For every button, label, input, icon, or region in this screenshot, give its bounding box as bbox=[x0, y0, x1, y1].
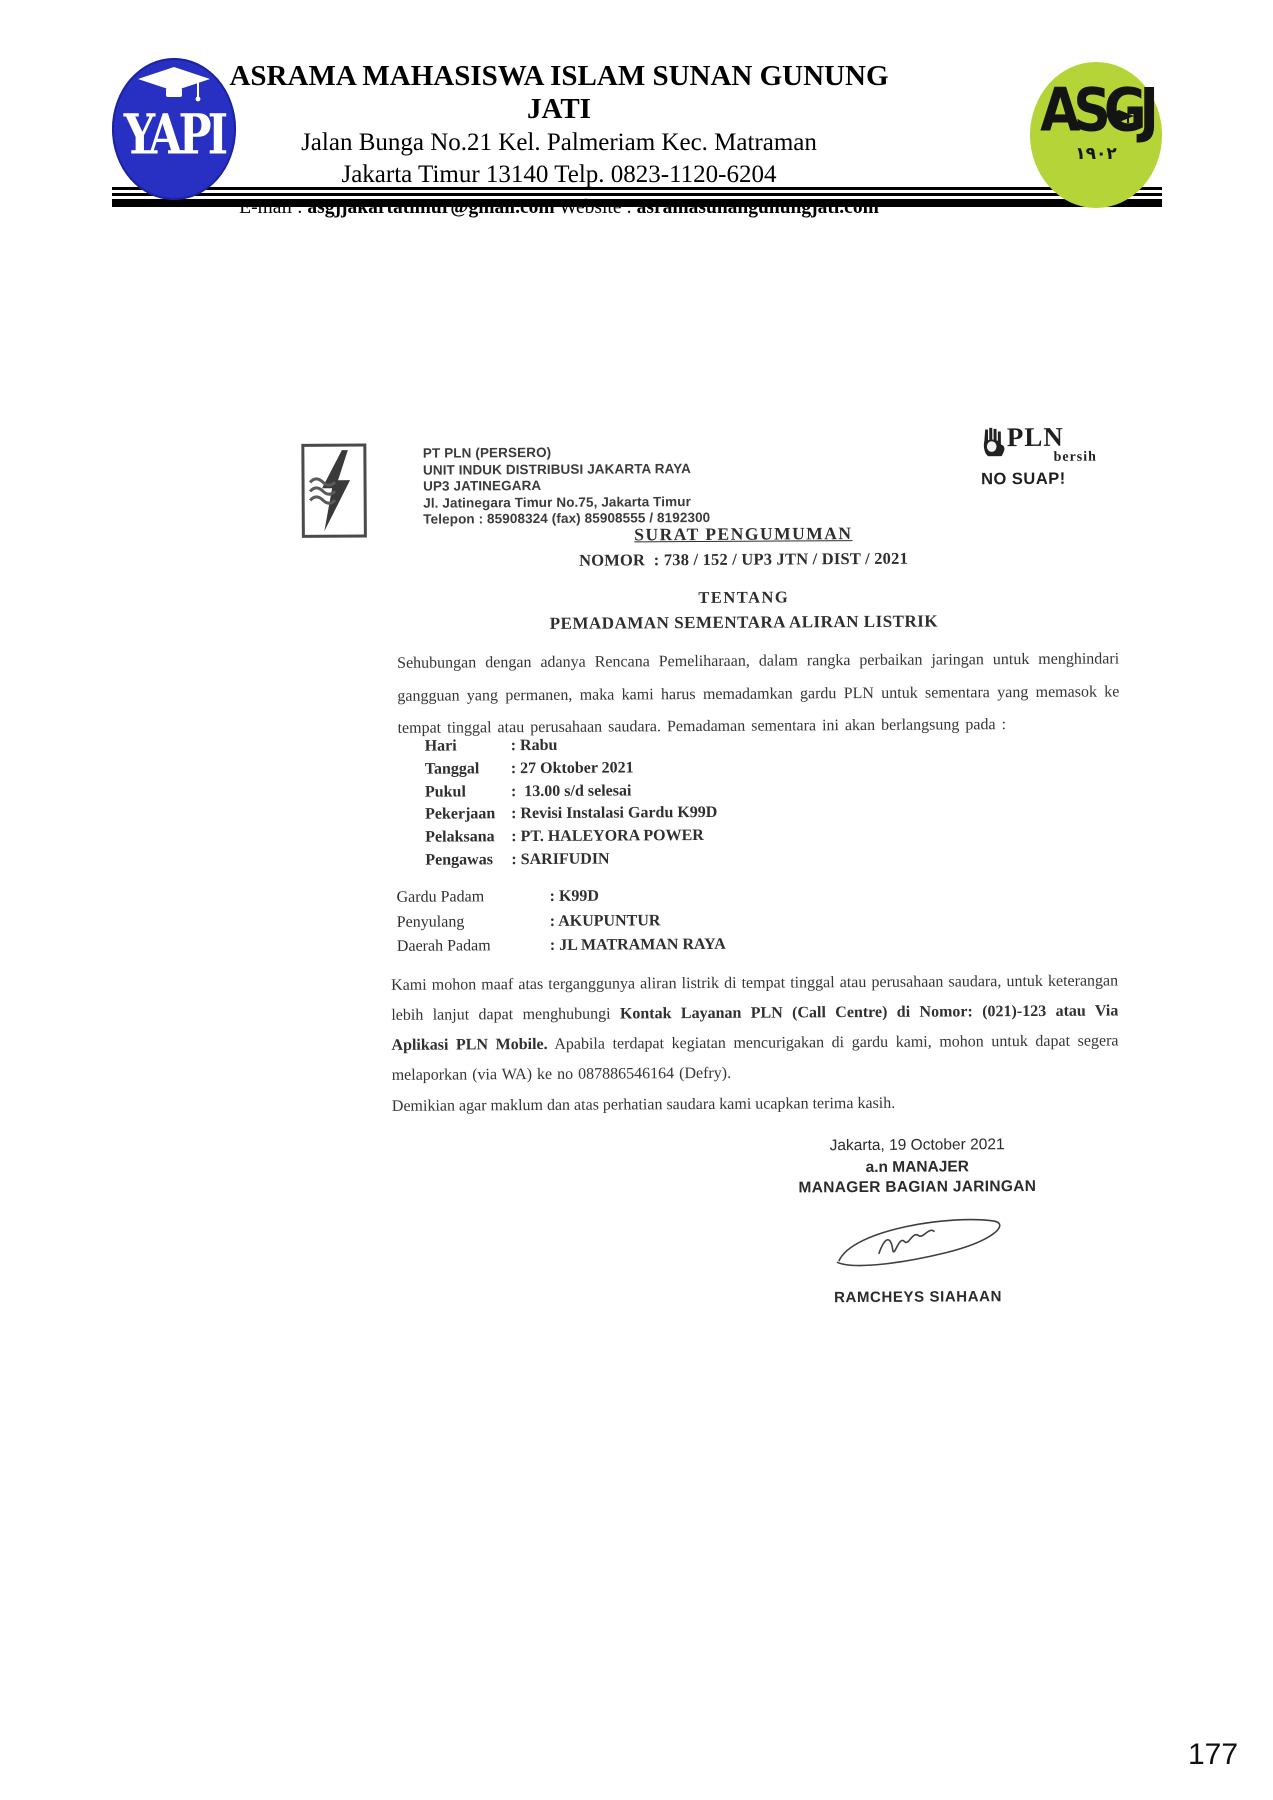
schedule-list: Hari: Rabu Tanggal: 27 Oktober 2021 Puku… bbox=[425, 734, 718, 873]
outage-row: Penyulang: AKUPUNTUR bbox=[397, 908, 726, 935]
outage-row: Daerah Padam: JL MATRAMAN RAYA bbox=[397, 933, 726, 960]
address-line-2: Jakarta Timur 13140 Telp. 0823-1120-6204 bbox=[213, 159, 905, 192]
letterhead: ASRAMA MAHASISWA ISLAM SUNAN GUNUNG JATI… bbox=[213, 60, 905, 219]
schedule-row: Tanggal: 27 Oktober 2021 bbox=[425, 757, 717, 782]
schedule-row: Pukul: 13.00 s/d selesai bbox=[425, 779, 717, 804]
letter-title-block: SURAT PENGUMUMAN NOMOR : 738 / 152 / UP3… bbox=[518, 522, 968, 571]
address-line-1: Jalan Bunga No.21 Kel. Palmeriam Kec. Ma… bbox=[213, 127, 905, 160]
pln-logo-icon bbox=[301, 443, 368, 538]
letter-title: SURAT PENGUMUMAN bbox=[518, 522, 968, 546]
letter-number: NOMOR : 738 / 152 / UP3 JTN / DIST / 202… bbox=[518, 548, 968, 571]
paragraph-1: Sehubungan dengan adanya Rencana Pemelih… bbox=[397, 643, 1120, 745]
no-suap-slogan: NO SUAP! bbox=[981, 469, 1111, 489]
schedule-row: Pelaksana: PT. HALEYORA POWER bbox=[425, 825, 717, 850]
letter-subject: PEMADAMAN SEMENTARA ALIRAN LISTRIK bbox=[519, 611, 969, 634]
sender-office: UP3 JATINEGARA bbox=[423, 477, 710, 495]
raised-hand-icon bbox=[981, 426, 1007, 456]
pln-bersih-brand: PLN bbox=[1007, 424, 1064, 450]
about-label: TENTANG bbox=[519, 586, 969, 609]
outage-row: Gardu Padam: K99D bbox=[397, 884, 726, 911]
place-date: Jakarta, 19 October 2021 bbox=[746, 1136, 1088, 1156]
pln-bersih-logo: PLN bersih NO SUAP! bbox=[981, 423, 1111, 489]
graduation-cap-icon bbox=[136, 66, 212, 102]
website-label: Website : bbox=[555, 197, 637, 218]
sender-unit: UNIT INDUK DISTRIBUSI JAKARTA RAYA bbox=[423, 460, 710, 478]
document-page: YAPI ASRAMA MAHASISWA ISLAM SUNAN GUNUNG… bbox=[0, 0, 1273, 1800]
sender-company: PT PLN (PERSERO) bbox=[423, 444, 710, 462]
paragraph-2: Kami mohon maaf atas terganggunya aliran… bbox=[391, 966, 1119, 1090]
website-address: asramasunangunungjati.com bbox=[637, 197, 879, 218]
schedule-row: Hari: Rabu bbox=[425, 734, 717, 759]
email-address: asgjjakartatimur@gmail.com bbox=[307, 197, 554, 218]
on-behalf: a.n MANAJER bbox=[746, 1158, 1088, 1178]
position-title: MANAGER BAGIAN JARINGAN bbox=[746, 1178, 1088, 1198]
yapi-logo-text: YAPI bbox=[112, 104, 236, 168]
signature-scribble bbox=[823, 1212, 1013, 1275]
signer-name: RAMCHEYS SIAHAAN bbox=[747, 1288, 1089, 1307]
email-label: E-mail : bbox=[239, 197, 307, 218]
email-line: E-mail : asgjjakartatimur@gmail.com Webs… bbox=[213, 197, 905, 219]
scanned-letter: PT PLN (PERSERO) UNIT INDUK DISTRIBUSI J… bbox=[0, 0, 1273, 1800]
asgj-cap-icon bbox=[1104, 110, 1134, 124]
org-name: ASRAMA MAHASISWA ISLAM SUNAN GUNUNG JATI bbox=[213, 60, 905, 127]
schedule-row: Pekerjaan: Revisi Instalasi Gardu K99D bbox=[425, 802, 717, 827]
sender-block: PT PLN (PERSERO) UNIT INDUK DISTRIBUSI J… bbox=[423, 444, 710, 528]
page-number: 177 bbox=[1188, 1738, 1238, 1772]
letter-subject-block: TENTANG PEMADAMAN SEMENTARA ALIRAN LISTR… bbox=[519, 586, 969, 634]
asgj-logo: ASGJ ١٩٠٢ bbox=[1030, 62, 1162, 208]
asgj-year: ١٩٠٢ bbox=[1030, 144, 1162, 164]
yapi-logo: YAPI bbox=[112, 58, 236, 200]
signature-block: Jakarta, 19 October 2021 a.n MANAJER MAN… bbox=[746, 1136, 1089, 1307]
schedule-row: Pengawas: SARIFUDIN bbox=[425, 848, 717, 873]
closing-line: Demikian agar maklum dan atas perhatian … bbox=[392, 1087, 1119, 1121]
closing-section: Kami mohon maaf atas terganggunya aliran… bbox=[391, 966, 1119, 1121]
asgj-monogram: ASGJ bbox=[1030, 85, 1162, 138]
outage-list: Gardu Padam: K99D Penyulang: AKUPUNTUR D… bbox=[397, 884, 726, 960]
sender-address: Jl. Jatinegara Timur No.75, Jakarta Timu… bbox=[423, 493, 710, 511]
